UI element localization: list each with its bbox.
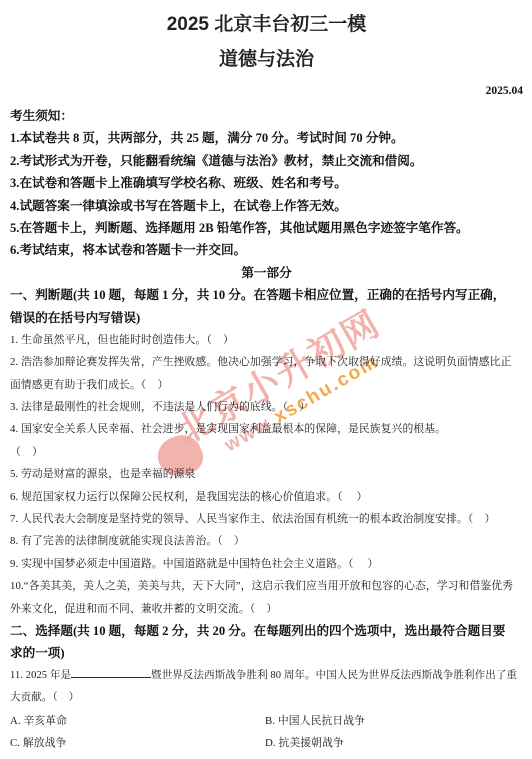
notice-item-2: 2.考试形式为开卷，只能翻看统编《道德与法治》教材，禁止交流和借阅。 <box>10 150 523 172</box>
notice-item-5: 5.在答题卡上，判断题、选择题用 2B 铅笔作答，其他试题用黑色字迹签字笔作答。 <box>10 217 523 239</box>
judgment-question-4-line-1: 4. 国家安全关系人民幸福、社会进步，是实现国家利益最根本的保障，是民族复兴的根… <box>10 418 523 440</box>
question-11-text-after-blank: 暨世界反法西斯战争胜利 80 周年。中国人民为世界反法西斯战争胜利作出了重 <box>151 670 517 681</box>
judgment-question-1: 1. 生命虽然平凡，但也能时时创造伟大。（ ） <box>10 329 523 351</box>
exam-paper-page: 北京小升初网 www.xschu.com 2025 北京丰台初三一模 道德与法治… <box>0 0 532 759</box>
exam-date: 2025.04 <box>10 83 523 99</box>
judgment-question-8: 8. 有了完善的法律制度就能实现良法善治。（ ） <box>10 530 523 552</box>
judgment-question-6: 6. 规范国家权力运行以保障公民权利，是我国宪法的核心价值追求。（ ） <box>10 486 523 508</box>
notice-item-3: 3.在试卷和答题卡上准确填写学校名称、班级、姓名和考号。 <box>10 172 523 194</box>
judgment-question-2-line-2: 面情感更有助于我们成长。（ ） <box>10 374 523 396</box>
question-11-option-row-2: C. 解放战争 D. 抗美援朝战争 <box>10 732 523 754</box>
judgment-section-intro-line-2: 错误的在括号内写错误) <box>10 307 523 329</box>
option-a: A. 辛亥革命 <box>10 710 265 732</box>
notice-item-6: 6.考试结束，将本试卷和答题卡一并交回。 <box>10 239 523 261</box>
choice-question-11-line-1: 11. 2025 年是暨世界反法西斯战争胜利 80 周年。中国人民为世界反法西斯… <box>10 665 523 687</box>
judgment-question-9: 9. 实现中国梦必须走中国道路。中国道路就是中国特色社会主义道路。（ ） <box>10 553 523 575</box>
option-d: D. 抗美援朝战争 <box>265 732 344 754</box>
judgment-question-2-line-1: 2. 浩浩参加辩论赛发挥失常，产生挫败感。他决心加强学习，争取下次取得好成绩。这… <box>10 351 523 373</box>
notice-item-4: 4.试题答案一律填涂或书写在答题卡上，在试卷上作答无效。 <box>10 195 523 217</box>
page-subtitle: 道德与法治 <box>10 48 523 71</box>
part-one-heading: 第一部分 <box>10 262 523 284</box>
question-11-text-before-blank: 11. 2025 年是 <box>10 670 71 681</box>
judgment-question-4-line-2: （ ） <box>10 441 523 463</box>
judgment-question-7: 7. 人民代表大会制度是坚持党的领导、人民当家作主、依法治国有机统一的根本政治制… <box>10 508 523 530</box>
choice-section-intro-line-1: 二、选择题(共 10 题，每题 2 分，共 20 分。在每题列出的四个选项中，选… <box>10 620 523 642</box>
notice-item-1: 1.本试卷共 8 页，共两部分，共 25 题，满分 70 分。考试时间 70 分… <box>10 127 523 149</box>
notice-heading: 考生须知： <box>10 105 523 127</box>
option-c: C. 解放战争 <box>10 732 265 754</box>
fill-in-blank-underline <box>71 665 151 678</box>
judgment-section-intro-line-1: 一、判断题(共 10 题，每题 1 分，共 10 分。在答题卡相应位置，正确的在… <box>10 284 523 306</box>
judgment-question-3: 3. 法律是最刚性的社会规则，不违法是人们行为的底线。（ ） <box>10 396 523 418</box>
judgment-question-10-line-2: 外来文化，促进和而不同、兼收并蓄的文明交流。（ ） <box>10 598 523 620</box>
page-content: 2025 北京丰台初三一模 道德与法治 2025.04 考生须知： 1.本试卷共… <box>0 0 532 754</box>
judgment-question-10-line-1: 10.“各美其美，美人之美，美美与共，天下大同”，这启示我们应当用开放和包容的心… <box>10 575 523 597</box>
question-11-option-row-1: A. 辛亥革命 B. 中国人民抗日战争 <box>10 710 523 732</box>
page-title: 2025 北京丰台初三一模 <box>10 0 523 36</box>
judgment-question-5: 5. 劳动是财富的源泉，也是幸福的源泉 <box>10 463 523 485</box>
choice-question-11-line-2: 大贡献。（ ） <box>10 687 523 709</box>
option-b: B. 中国人民抗日战争 <box>265 710 365 732</box>
choice-section-intro-line-2: 求的一项) <box>10 642 523 664</box>
